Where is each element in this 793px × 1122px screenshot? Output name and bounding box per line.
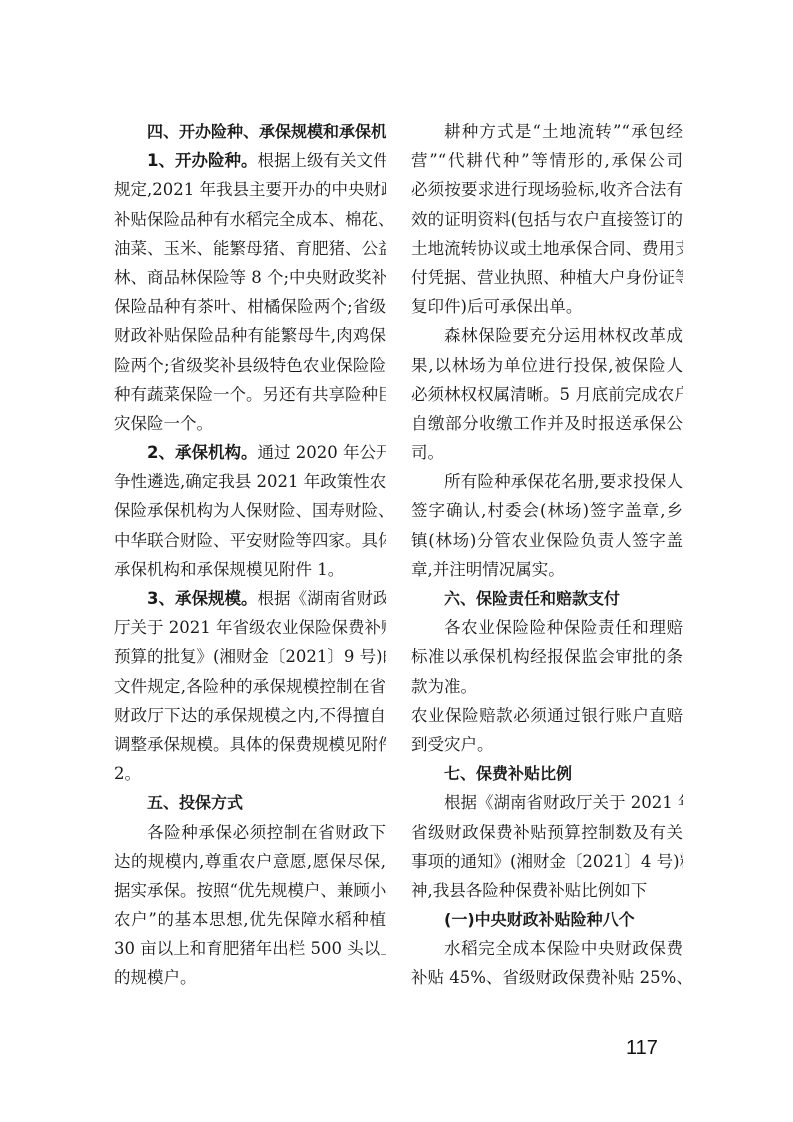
page-number: 117	[626, 1037, 658, 1060]
text-line: 文件规定,各险种的承保规模控制在省	[114, 672, 386, 701]
text-line: 神,我县各险种保费补贴比例如下	[411, 876, 683, 905]
text-line: 险两个;省级奖补县级特色农业保险险	[114, 351, 386, 380]
subsection-title: 1、开办险种。	[147, 151, 257, 170]
text-line: 果,以林场为单位进行投保,被保险人	[411, 351, 683, 380]
text-line: 预算的批复》(湘财金〔2021〕9 号)的	[114, 642, 386, 671]
text-line: 司。	[411, 438, 683, 467]
section-heading: 五、投保方式	[114, 788, 386, 817]
text-line: 保险品种有茶叶、柑橘保险两个;省级	[114, 292, 386, 321]
text-line: 财政厅下达的承保规模之内,不得擅自	[114, 701, 386, 730]
text-line: 签字确认,村委会(林场)签字盖章,乡	[411, 496, 683, 525]
section-heading: 四、开办险种、承保规模和承保机构	[114, 117, 386, 146]
subsection-title: 3、承保规模。	[147, 589, 257, 608]
text-line: 争性遴选,确定我县 2021 年政策性农业	[114, 467, 386, 496]
text-line: 镇(林场)分管农业保险负责人签字盖	[411, 526, 683, 555]
left-column: 四、开办险种、承保规模和承保机构1、开办险种。根据上级有关文件规定,2021 年…	[114, 117, 386, 993]
text-line: 耕种方式是“土地流转”“承包经	[411, 117, 683, 146]
text-line: 的规模户。	[114, 963, 386, 992]
text-line: 2。	[114, 759, 386, 788]
text-line: 承保机构和承保规模见附件 1。	[114, 555, 386, 584]
subsection-title: 2、承保机构。	[147, 443, 257, 462]
text-line: 水稻完全成本保险中央财政保费	[411, 934, 683, 963]
paragraph-lead-line: 3、承保规模。根据《湖南省财政	[114, 584, 386, 613]
text-line: 林、商品林保险等 8 个;中央财政奖补	[114, 263, 386, 292]
text-line: 各险种承保必须控制在省财政下	[114, 818, 386, 847]
text-line: 油菜、玉米、能繁母猪、育肥猪、公益	[114, 234, 386, 263]
text-line: 必须林权权属清晰。5 月底前完成农户	[411, 380, 683, 409]
paragraph-lead-line: 2、承保机构。通过 2020 年公开竞	[114, 438, 386, 467]
body-text: 根据《湖南省财政	[257, 589, 386, 608]
paragraph-lead-line: 1、开办险种。根据上级有关文件	[114, 146, 386, 175]
text-line: 到受灾户。	[411, 730, 683, 759]
section-heading: 六、保险责任和赔款支付	[411, 584, 683, 613]
text-line: 补贴 45%、省级财政保费补贴 25%、县	[411, 963, 683, 992]
text-line: 农业保险赔款必须通过银行账户直赔	[411, 701, 683, 730]
text-line: 营”“代耕代种”等情形的,承保公司	[411, 146, 683, 175]
text-line: 章,并注明情况属实。	[411, 555, 683, 584]
section-heading: (一)中央财政补贴险种八个	[411, 905, 683, 934]
text-line: 省级财政保费补贴预算控制数及有关	[411, 818, 683, 847]
text-line: 森林保险要充分运用林权改革成	[411, 321, 683, 350]
text-line: 所有险种承保花名册,要求投保人	[411, 467, 683, 496]
text-line: 中华联合财险、平安财险等四家。具体	[114, 526, 386, 555]
text-line: 规定,2021 年我县主要开办的中央财政	[114, 175, 386, 204]
body-text: 根据上级有关文件	[257, 151, 386, 170]
text-line: 灾保险一个。	[114, 409, 386, 438]
text-line: 据实承保。按照“优先规模户、兼顾小	[114, 876, 386, 905]
right-column: 耕种方式是“土地流转”“承包经营”“代耕代种”等情形的,承保公司必须按要求进行现…	[411, 117, 683, 993]
text-line: 财政补贴保险品种有能繁母牛,肉鸡保	[114, 321, 386, 350]
text-line: 土地流转协议或土地承保合同、费用支	[411, 234, 683, 263]
text-line: 厅关于 2021 年省级农业保险保费补贴	[114, 613, 386, 642]
text-line: 达的规模内,尊重农户意愿,愿保尽保,	[114, 847, 386, 876]
text-line: 根据《湖南省财政厅关于 2021 年	[411, 788, 683, 817]
text-line: 付凭据、营业执照、种植大户身份证等	[411, 263, 683, 292]
text-line: 各农业保险险种保险责任和理赔	[411, 613, 683, 642]
text-line: 农户”的基本思想,优先保障水稻种植	[114, 905, 386, 934]
text-line: 效的证明资料(包括与农户直接签订的	[411, 205, 683, 234]
text-line: 补贴保险品种有水稻完全成本、棉花、	[114, 205, 386, 234]
text-line: 复印件)后可承保出单。	[411, 292, 683, 321]
text-line: 30 亩以上和育肥猪年出栏 500 头以上	[114, 934, 386, 963]
text-line: 种有蔬菜保险一个。另还有共享险种巨	[114, 380, 386, 409]
section-heading: 七、保费补贴比例	[411, 759, 683, 788]
text-line: 调整承保规模。具体的保费规模见附件	[114, 730, 386, 759]
text-line: 保险承保机构为人保财险、国寿财险、	[114, 496, 386, 525]
text-line: 必须按要求进行现场验标,收齐合法有	[411, 175, 683, 204]
text-line: 款为准。	[411, 672, 683, 701]
text-line: 事项的通知》(湘财金〔2021〕4 号)精	[411, 847, 683, 876]
text-line: 标准以承保机构经报保监会审批的条	[411, 642, 683, 671]
body-text: 通过 2020 年公开竞	[257, 443, 386, 462]
text-line: 自缴部分收缴工作并及时报送承保公	[411, 409, 683, 438]
